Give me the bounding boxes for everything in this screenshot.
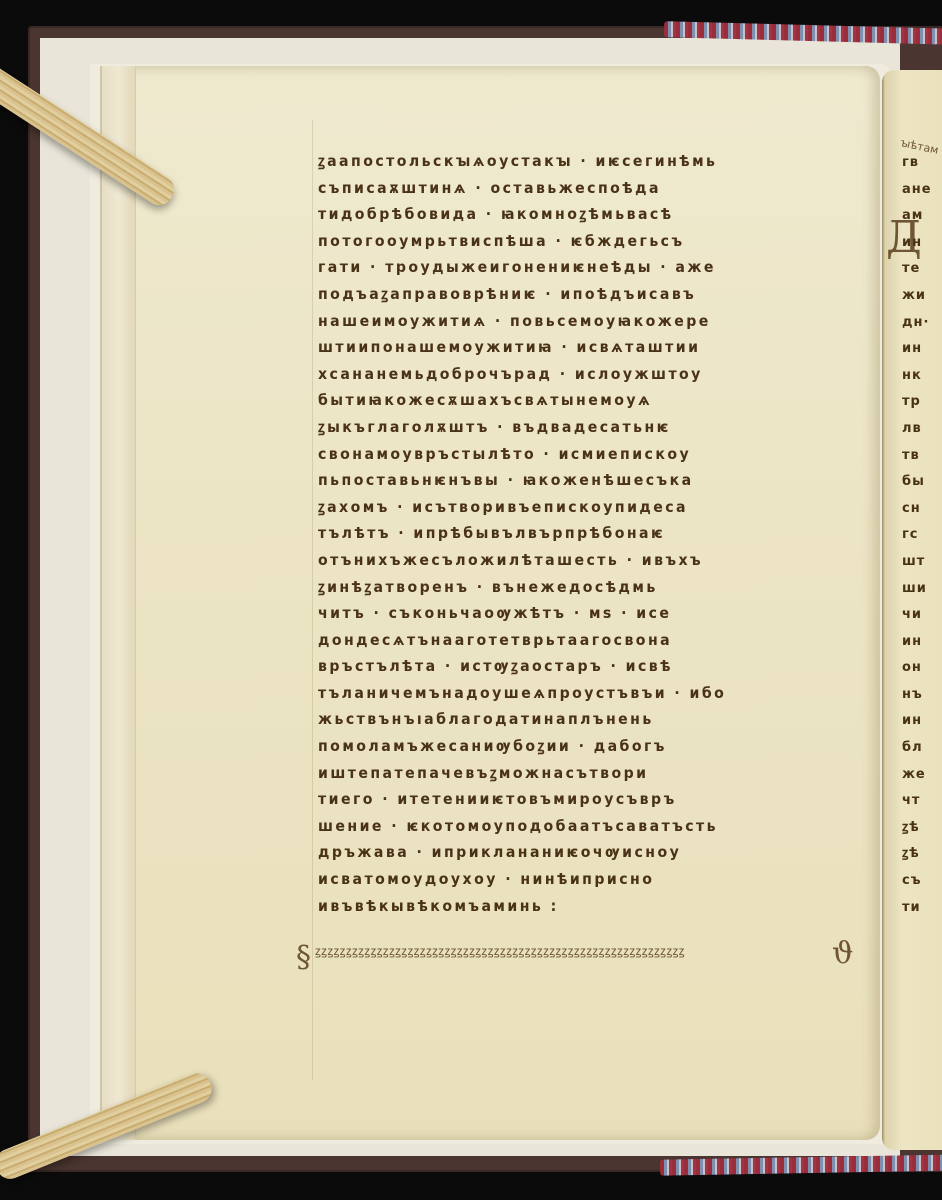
facing-line: тв (902, 443, 942, 470)
facing-line: же (902, 762, 942, 789)
facing-line: ин (902, 336, 942, 363)
facing-line: он (902, 655, 942, 682)
main-text-block: ꙁаапостольскꙑѧоустакꙑ · иѥсегинѣмь съпис… (318, 148, 878, 919)
facing-line: дн· (902, 310, 942, 337)
text-line: помоламъжесаниѹбоꙁии · дабогъ (318, 733, 844, 760)
facing-line: нъ (902, 682, 942, 709)
facing-line: гс (902, 522, 942, 549)
facing-line: ти (902, 895, 942, 922)
facing-line: шт (902, 549, 942, 576)
facing-line: сн (902, 496, 942, 523)
ornament-band: ꙁꙁꙁꙁꙁꙁꙁꙁꙁꙁꙁꙁꙁꙁꙁꙁꙁꙁꙁꙁꙁꙁꙁꙁꙁꙁꙁꙁꙁꙁꙁꙁꙁꙁꙁꙁꙁꙁꙁꙁ… (315, 942, 855, 958)
facing-line: те (902, 256, 942, 283)
text-line: штиипонашемоужитиꙗ · исвѧташтии (318, 334, 844, 361)
facing-line: бл (902, 735, 942, 762)
flourish-right-icon: ϑ (832, 936, 853, 971)
text-line: пьпоставьнѥнъвы · ꙗкоженѣшесъка (318, 467, 844, 494)
facing-line: ꙁѣ (902, 841, 942, 868)
text-line: шение · ѥкотомоуподобаатъсаватъсть (318, 813, 844, 840)
text-line: съписаѫштинѧ · оставьжеспоѣда (318, 175, 844, 202)
facing-line: тр (902, 389, 942, 416)
text-line: подъаꙁаправоврѣниѥ · ипоѣдъисавъ (318, 281, 844, 308)
text-line: дондесѧтънааготетврьтаагосвона (318, 627, 844, 654)
text-line: исватомоудоухоу · нинѣиприсно (318, 866, 844, 893)
facing-line: нк (902, 363, 942, 390)
text-line: дръжава · иприклананиѥочѹисноу (318, 839, 844, 866)
text-line: иштепатепачевъꙁможнасътвори (318, 760, 844, 787)
text-line: хсананемьдоброчърад · ислоужштоу (318, 361, 844, 388)
text-line: отънихъжесъложилѣташесть · ивъхъ (318, 547, 844, 574)
text-line: потогооумрьтвиспѣша · ѥбждегьсъ (318, 228, 844, 255)
facing-line: гв (902, 150, 942, 177)
text-line: ивъвѣкывѣкомъаминь : (318, 893, 844, 920)
text-line: гати · троудыжеигонениѥнеѣды · аже (318, 254, 844, 281)
facing-line: бы (902, 469, 942, 496)
text-line: ꙁахомъ · исътворивъепискоупидеса (318, 494, 844, 521)
facing-line: ши (902, 576, 942, 603)
facing-line: ин (902, 708, 942, 735)
text-line: тъланичемънадоушеѧпроустъвъи · ибо (318, 680, 844, 707)
facing-line: ане (902, 177, 942, 204)
ruling-line (312, 120, 313, 1080)
text-line: тидобрѣбовида · ꙗкомноꙁѣмьвасѣ (318, 201, 844, 228)
facing-line: ꙁѣ (902, 815, 942, 842)
text-line: нашеимоужитиѧ · повьсемоуꙗкожере (318, 308, 844, 335)
text-line: жьствънъıаблагодатинаплънень (318, 706, 844, 733)
facing-line: ин (902, 629, 942, 656)
text-line: читъ · съконьчаоѹжѣтъ · мѕ · исе (318, 600, 844, 627)
text-line: ꙁинѣꙁатворенъ · вънежедосѣдмь (318, 574, 844, 601)
text-line: ꙁыкъглаголѫштъ · въдвадесатьнѥ (318, 414, 844, 441)
facing-line: ам (902, 203, 942, 230)
text-line: бытиꙗкожесѫшахъсвѧтынемоуѧ (318, 387, 844, 414)
facing-line: чи (902, 602, 942, 629)
text-line: тълѣтъ · ипрѣбывълвърпрѣбонаѥ (318, 520, 844, 547)
text-line: тиего · итетенииѥтовъмироусъвръ (318, 786, 844, 813)
flourish-left-icon: § (296, 940, 311, 975)
facing-line: ин (902, 230, 942, 257)
facing-line: чт (902, 788, 942, 815)
text-line: ꙁаапостольскꙑѧоустакꙑ · иѥсегинѣмь (318, 148, 844, 175)
text-line: свонамоувръстылѣто · исмиепискоу (318, 441, 844, 468)
facing-page-text: гв ане ам ин те жи дн· ин нк тр лв тв бы… (902, 150, 942, 921)
facing-line: съ (902, 868, 942, 895)
page-edges (100, 66, 136, 1140)
facing-line: жи (902, 283, 942, 310)
facing-line: лв (902, 416, 942, 443)
text-line: връстълѣта · истѹꙁаостаръ · исвѣ (318, 653, 844, 680)
